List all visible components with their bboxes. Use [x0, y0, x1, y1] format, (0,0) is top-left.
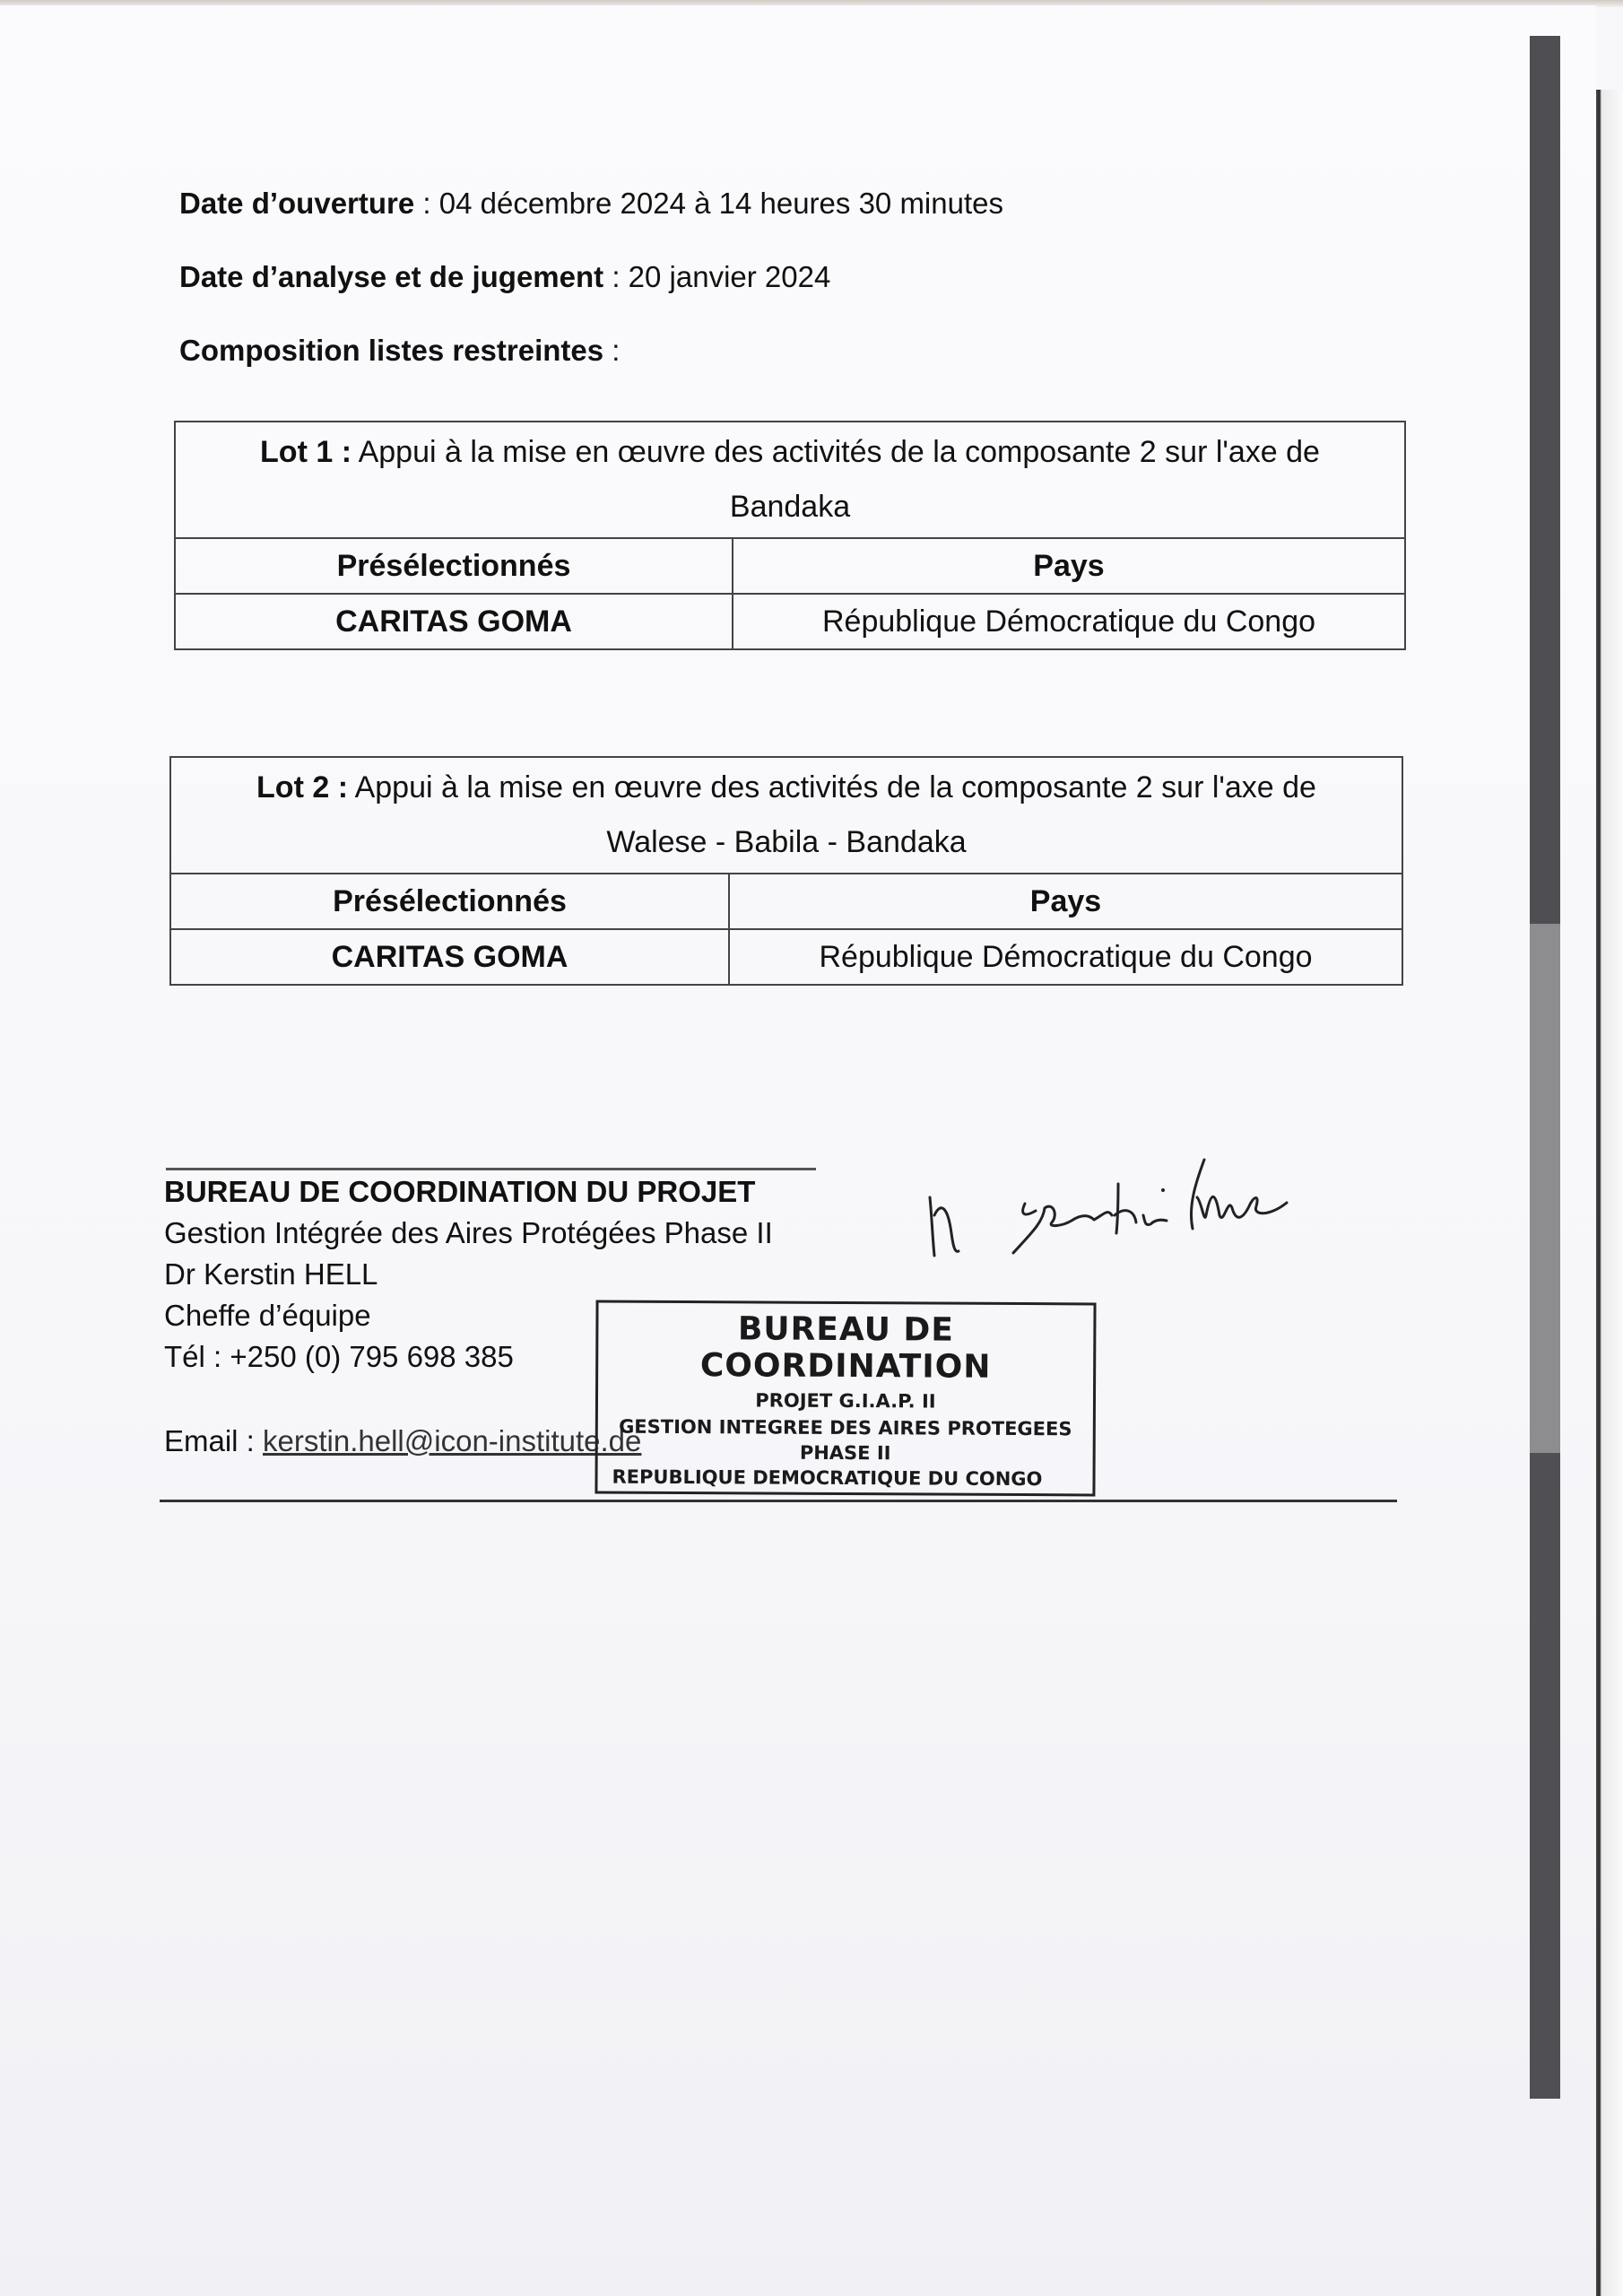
- scanner-calibration-bar: [1530, 924, 1560, 1453]
- country: République Démocratique du Congo: [733, 594, 1405, 649]
- scanner-calibration-bar: [1530, 1453, 1560, 2099]
- country: République Démocratique du Congo: [729, 929, 1402, 985]
- analysis-date-label: Date d’analyse et de jugement: [179, 260, 603, 293]
- official-stamp: BUREAU DE COORDINATION PROJET G.I.A.P. I…: [595, 1300, 1096, 1497]
- analysis-date: Date d’analyse et de jugement : 20 janvi…: [179, 260, 830, 294]
- lot-description: Appui à la mise en œuvre des activités d…: [352, 435, 1320, 524]
- opening-date-value: : 04 décembre 2024 à 14 heures 30 minute…: [414, 187, 1003, 220]
- stamp-line: PHASE II: [598, 1441, 1093, 1465]
- table-row: CARITAS GOMA République Démocratique du …: [170, 929, 1402, 985]
- lot-title: Lot 2 : Appui à la mise en œuvre des act…: [170, 757, 1402, 874]
- opening-date: Date d’ouverture : 04 décembre 2024 à 14…: [179, 187, 1003, 221]
- email-label: Email :: [164, 1424, 263, 1457]
- lot-1-table: Lot 1 : Appui à la mise en œuvre des act…: [174, 421, 1406, 650]
- email-link[interactable]: kerstin.hell@icon-institute.de: [263, 1424, 641, 1457]
- stamp-line: GESTION INTEGREE DES AIRES PROTEGEES: [598, 1416, 1093, 1440]
- stamp-line: BUREAU DE COORDINATION: [598, 1310, 1093, 1387]
- signatory-organization: BUREAU DE COORDINATION DU PROJET: [164, 1171, 773, 1213]
- stamp-line: PROJET G.I.A.P. II: [598, 1389, 1093, 1413]
- lot-description: Appui à la mise en œuvre des activités d…: [348, 770, 1316, 859]
- signatory-project: Gestion Intégrée des Aires Protégées Pha…: [164, 1213, 773, 1254]
- preselected-organization: CARITAS GOMA: [170, 929, 729, 985]
- preselected-organization: CARITAS GOMA: [175, 594, 733, 649]
- scanner-calibration-bar: [1530, 36, 1560, 924]
- lot-label: Lot 2 :: [256, 770, 348, 804]
- opening-date-label: Date d’ouverture: [179, 187, 414, 220]
- table-header-row: Présélectionnés Pays: [175, 538, 1405, 594]
- lot-label: Lot 1 :: [260, 435, 352, 469]
- column-header-country: Pays: [733, 538, 1405, 594]
- composition-heading: Composition listes restreintes :: [179, 334, 620, 368]
- composition-label: Composition listes restreintes: [179, 334, 603, 367]
- signature-bottom-rule: [160, 1500, 1397, 1502]
- signatory-name: Dr Kerstin HELL: [164, 1254, 773, 1295]
- signature-top-rule: [166, 1168, 816, 1170]
- lot-2-table: Lot 2 : Appui à la mise en œuvre des act…: [169, 756, 1403, 986]
- stamp-line: REPUBLIQUE DEMOCRATIQUE DU CONGO: [597, 1466, 1092, 1491]
- lot-title: Lot 1 : Appui à la mise en œuvre des act…: [175, 422, 1405, 538]
- table-row: CARITAS GOMA République Démocratique du …: [175, 594, 1405, 649]
- column-header-preselected: Présélectionnés: [175, 538, 733, 594]
- analysis-date-value: : 20 janvier 2024: [603, 260, 830, 293]
- column-header-preselected: Présélectionnés: [170, 874, 729, 929]
- column-header-country: Pays: [729, 874, 1402, 929]
- table-header-row: Présélectionnés Pays: [170, 874, 1402, 929]
- handwritten-signature: [919, 1152, 1350, 1269]
- scan-right-edge: [1596, 90, 1623, 2296]
